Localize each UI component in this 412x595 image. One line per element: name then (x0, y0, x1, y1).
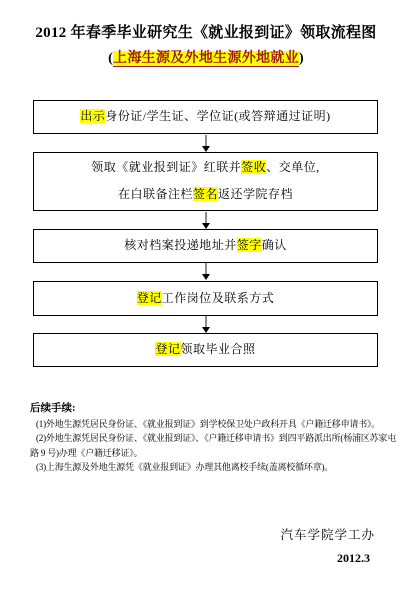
note-item-2: (2)外地生源凭居民身份证、《就业报到证》、《户籍迁移申请书》到四平路派出所(杨… (30, 431, 402, 460)
text-segment: 、交单位, (266, 160, 320, 174)
flow-step-2-text-line-2: 在白联备注栏签名返还学院存档 (118, 188, 293, 202)
text-segment: 在白联备注栏 (118, 187, 193, 201)
flow-step-3: 核对档案投递地址并签字确认 (33, 229, 378, 263)
flow-step-4: 登记工作岗位及联系方式 (33, 281, 378, 316)
flow-arrow-1 (0, 135, 412, 152)
subtitle-close-paren: ) (299, 51, 304, 66)
flow-step-2-text-line-1: 领取《就业报到证》红联并签收、交单位, (91, 161, 320, 175)
note-item-1: (1)外地生源凭居民身份证、《就业报到证》到学校保卫处户政科开具《户籍迁移申请书… (30, 417, 402, 431)
flow-step-5-text: 登记领取毕业合照 (155, 343, 255, 357)
notes-section: 后续手续: (1)外地生源凭居民身份证、《就业报到证》到学校保卫处户政科开具《户… (30, 400, 402, 475)
flow-step-1-text: 出示身份证/学生证、学位证(或答辩通过证明) (80, 110, 330, 124)
subtitle-highlighted-text: 上海生源及外地生源外地就业 (113, 51, 299, 67)
highlighted-text-segment: 出示 (80, 109, 105, 123)
arrow-stem (205, 316, 207, 327)
text-segment: 领取《就业报到证》红联并 (91, 160, 241, 174)
highlighted-text-segment: 签收 (241, 160, 266, 174)
highlighted-text-segment: 签名 (193, 187, 218, 201)
flow-step-1: 出示身份证/学生证、学位证(或答辩通过证明) (33, 100, 378, 134)
text-segment: 领取毕业合照 (181, 342, 256, 356)
arrow-down-icon (202, 274, 210, 280)
flow-arrow-2 (0, 212, 412, 229)
note-item-3: (3)上海生源及外地生源凭《就业报到证》办理其他离校手续(盖离校循环章)。 (30, 460, 402, 474)
arrow-stem (205, 212, 207, 223)
page-title: 2012 年春季毕业研究生《就业报到证》领取流程图 (0, 21, 412, 42)
text-segment: 身份证/学生证、学位证(或答辩通过证明) (105, 109, 330, 123)
flow-step-2: 领取《就业报到证》红联并签收、交单位, 在白联备注栏签名返还学院存档 (33, 152, 378, 211)
text-segment: 确认 (262, 238, 287, 252)
flow-step-3-text: 核对档案投递地址并签字确认 (124, 239, 287, 253)
signature: 汽车学院学工办 (280, 525, 375, 543)
highlighted-text-segment: 登记 (137, 291, 162, 305)
page-subtitle: (上海生源及外地生源外地就业) (0, 47, 412, 67)
date: 2012.3 (337, 551, 370, 566)
text-segment: 核对档案投递地址并 (124, 238, 237, 252)
document-page: 2012 年春季毕业研究生《就业报到证》领取流程图 (上海生源及外地生源外地就业… (0, 0, 412, 595)
highlighted-text-segment: 签字 (237, 238, 262, 252)
flow-arrow-4 (0, 316, 412, 333)
notes-heading: 后续手续: (30, 400, 402, 415)
flow-step-4-text: 登记工作岗位及联系方式 (137, 292, 275, 306)
arrow-stem (205, 135, 207, 146)
text-segment: 返还学院存档 (218, 187, 293, 201)
arrow-stem (205, 263, 207, 274)
highlighted-text-segment: 登记 (155, 342, 180, 356)
flow-step-5: 登记领取毕业合照 (33, 333, 378, 367)
flow-arrow-3 (0, 263, 412, 280)
text-segment: 工作岗位及联系方式 (162, 291, 275, 305)
